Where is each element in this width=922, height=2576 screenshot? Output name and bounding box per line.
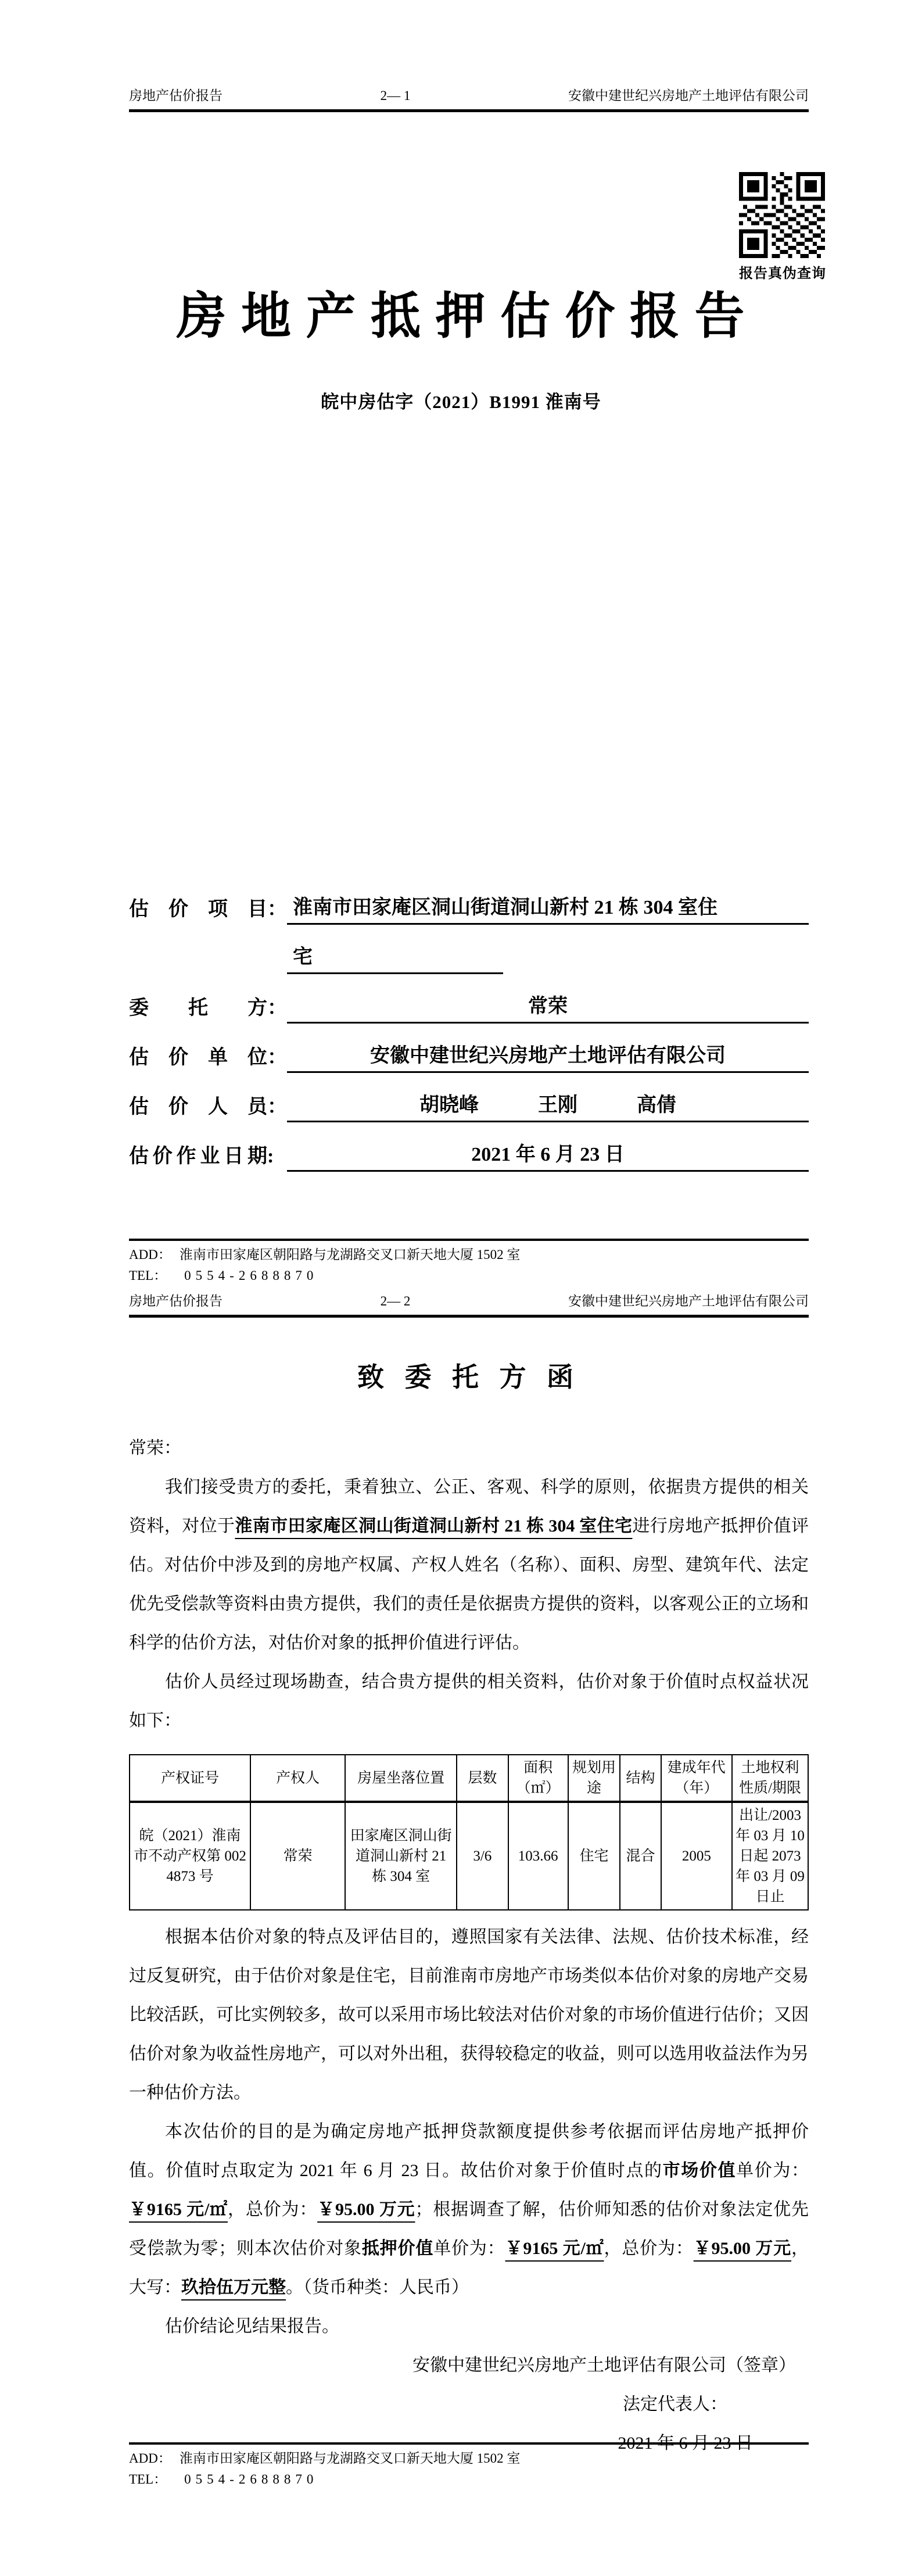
signature-company: 安徽中建世纪兴房地产土地评估有限公司（签章） <box>129 2346 809 2385</box>
letter-paragraph: 估价人员经过现场勘查，结合贵方提供的相关资料，估价对象于价值时点权益状况如下： <box>129 1662 809 1740</box>
table-header-cell: 面积（㎡） <box>508 1755 568 1802</box>
letter-paragraphs-after-table: 根据本估价对象的特点及评估目的，遵照国家有关法律、法规、估价技术标准，经过反复研… <box>129 1917 809 2346</box>
table-header-cell: 土地权利性质/期限 <box>732 1755 808 1802</box>
qr-block: 报告真伪查询 <box>739 172 825 282</box>
table-cell: 住宅 <box>568 1802 620 1910</box>
text-run: 。（货币种类：人民币） <box>286 2278 469 2297</box>
form-field-label: 估价项目 <box>129 895 267 925</box>
table-cell: 3/6 <box>457 1802 508 1910</box>
table-cell: 103.66 <box>508 1802 568 1910</box>
form-field-row: 估价单位：安徽中建世纪兴房地产土地评估有限公司 <box>129 1041 809 1073</box>
footer-address: 淮南市田家庵区朝阳路与龙湖路交叉口新天地大厦 1502 室 <box>180 2451 521 2466</box>
text-run: 估价结论见结果报告。 <box>165 2317 339 2336</box>
letter-paragraph: 根据本估价对象的特点及评估目的，遵照国家有关法律、法规、估价技术标准，经过反复研… <box>129 1917 809 2112</box>
form-field-label: 估价单位 <box>129 1043 267 1073</box>
header-company-name: 安徽中建世纪兴房地产土地评估有限公司 <box>568 87 809 105</box>
form-field-value: 安徽中建世纪兴房地产土地评估有限公司 <box>287 1041 809 1073</box>
form-field-value: 常荣 <box>287 992 809 1024</box>
footer-add-label: ADD： <box>129 1244 171 1265</box>
table-header-cell: 产权人 <box>250 1755 346 1802</box>
table-header-cell: 房屋坐落位置 <box>345 1755 457 1802</box>
report-title: 房 地 产 抵 押 估 价 报 告 <box>0 288 922 344</box>
text-run: 根据本估价对象的特点及评估目的，遵照国家有关法律、法规、估价技术标准，经过反复研… <box>129 1927 809 2102</box>
table-header-cell: 结构 <box>620 1755 661 1802</box>
letter-title: 致 委 托 方 函 <box>129 1361 809 1394</box>
header-company-name: 安徽中建世纪兴房地产土地评估有限公司 <box>568 1293 809 1310</box>
form-field-colon: ： <box>267 1092 287 1122</box>
table-cell: 2005 <box>661 1802 733 1910</box>
form-field-label: 估价作业日期 <box>129 1142 267 1172</box>
letter-paragraph: 我们接受贵方的委托，秉着独立、公正、客观、科学的原则，依据贵方提供的相关资料，对… <box>129 1468 809 1662</box>
footer-phone-line: TEL：0554-2688870 <box>129 1265 809 1286</box>
text-run: 进行房地产抵押价值评估。对估价中涉及到的房地产权属、产权人姓名（名称）、面积、房… <box>129 1516 809 1652</box>
form-field-row: 估价作业日期:2021 年 6 月 23 日 <box>129 1140 809 1172</box>
header-doc-type: 房地产估价报告 <box>129 87 223 105</box>
table-cell: 皖（2021）淮南市不动产权第 0024873 号 <box>130 1802 250 1910</box>
footer-tel-label: TEL： <box>129 2469 167 2490</box>
letter-paragraph: 本次估价的目的是为确定房地产抵押贷款额度提供参考依据而评估房地产抵押价值。价值时… <box>129 2112 809 2307</box>
form-field-label: 估价人员 <box>129 1092 267 1122</box>
form-field-value: 2021 年 6 月 23 日 <box>287 1140 809 1172</box>
signature-legal-representative: 法定代表人： <box>129 2385 809 2424</box>
form-field-row: 估价项目：淮南市田家庵区洞山街道洞山新村 21 栋 304 室住 <box>129 893 809 925</box>
form-field-colon: ： <box>267 895 287 925</box>
table-row: 皖（2021）淮南市不动产权第 0024873 号常荣田家庵区洞山街道洞山新村 … <box>130 1802 808 1910</box>
table-header-cell: 建成年代（年） <box>661 1755 733 1802</box>
form-field-colon: : <box>267 1142 287 1172</box>
page1-footer: ADD：淮南市田家庵区朝阳路与龙湖路交叉口新天地大厦 1502 室 TEL：05… <box>129 1239 809 1286</box>
letter-body: 致 委 托 方 函 常荣： 我们接受贵方的委托，秉着独立、公正、客观、科学的原则… <box>129 1348 809 2463</box>
footer-address-line: ADD：淮南市田家庵区朝阳路与龙湖路交叉口新天地大厦 1502 室 <box>129 1244 809 1265</box>
text-run: ￥9165 元/㎡ <box>505 2239 604 2258</box>
report-document: 房地产估价报告 2— 1 安徽中建世纪兴房地产土地评估有限公司 报告真伪查询 房… <box>0 0 922 2576</box>
header-page-number: 2— 1 <box>381 87 411 105</box>
header-doc-type: 房地产估价报告 <box>129 1293 223 1310</box>
table-cell: 常荣 <box>250 1802 346 1910</box>
header-page-number: 2— 2 <box>381 1293 411 1310</box>
text-run: 抵押价值 <box>362 2239 433 2258</box>
form-field-row: 委托方：常荣 <box>129 992 809 1024</box>
report-number: 皖中房估字（2021）B1991 淮南号 <box>0 387 922 413</box>
footer-phone: 0554-2688870 <box>184 2472 318 2486</box>
footer-tel-label: TEL： <box>129 1265 167 1286</box>
letter-paragraphs-before-table: 我们接受贵方的委托，秉着独立、公正、客观、科学的原则，依据贵方提供的相关资料，对… <box>129 1468 809 1740</box>
footer-address-line: ADD：淮南市田家庵区朝阳路与龙湖路交叉口新天地大厦 1502 室 <box>129 2448 809 2469</box>
form-field-label: 委托方 <box>129 993 267 1024</box>
text-run: 单价为： <box>736 2161 809 2180</box>
footer-rule <box>129 2442 809 2445</box>
form-field-value: 淮南市田家庵区洞山街道洞山新村 21 栋 304 室住 <box>287 893 809 925</box>
qr-code-icon <box>739 172 825 258</box>
form-field-row: 估价人员：胡晓峰 王刚 高倩 <box>129 1090 809 1122</box>
text-run: ￥95.00 万元 <box>317 2200 415 2219</box>
page2-footer: ADD：淮南市田家庵区朝阳路与龙湖路交叉口新天地大厦 1502 室 TEL：05… <box>129 2442 809 2490</box>
cover-form-fields: 估价项目：淮南市田家庵区洞山街道洞山新村 21 栋 304 室住宅委托方：常荣估… <box>129 893 809 1189</box>
table-header-cell: 层数 <box>457 1755 508 1802</box>
table-header-cell: 产权证号 <box>130 1755 250 1802</box>
text-run: ￥9165 元/㎡ <box>129 2200 228 2219</box>
text-run: ￥95.00 万元 <box>694 2239 791 2258</box>
form-field-row: 宅 <box>129 942 809 974</box>
text-run: 单价为： <box>433 2239 505 2258</box>
table-cell: 田家庵区洞山街道洞山新村 21 栋 304 室 <box>345 1802 457 1910</box>
form-field-value: 胡晓峰 王刚 高倩 <box>287 1090 809 1122</box>
table-cell: 出让/2003 年 03 月 10 日起 2073 年 03 月 09 日止 <box>732 1802 808 1910</box>
text-run: 玖拾伍万元整 <box>181 2278 286 2297</box>
letter-paragraph: 估价结论见结果报告。 <box>129 2307 809 2346</box>
table-header-row: 产权证号产权人房屋坐落位置层数面积（㎡）规划用途结构建成年代（年）土地权利性质/… <box>130 1755 808 1802</box>
footer-address: 淮南市田家庵区朝阳路与龙湖路交叉口新天地大厦 1502 室 <box>180 1247 521 1262</box>
footer-phone: 0554-2688870 <box>184 1268 318 1283</box>
page2-header: 房地产估价报告 2— 2 安徽中建世纪兴房地产土地评估有限公司 <box>129 1293 809 1318</box>
footer-rule <box>129 1239 809 1241</box>
table-head: 产权证号产权人房屋坐落位置层数面积（㎡）规划用途结构建成年代（年）土地权利性质/… <box>130 1755 808 1802</box>
footer-add-label: ADD： <box>129 2448 171 2469</box>
page1-header: 房地产估价报告 2— 1 安徽中建世纪兴房地产土地评估有限公司 <box>129 87 809 112</box>
table-body: 皖（2021）淮南市不动产权第 0024873 号常荣田家庵区洞山街道洞山新村 … <box>130 1802 808 1910</box>
form-field-colon: ： <box>267 993 287 1024</box>
letter-salutation: 常荣： <box>129 1429 809 1468</box>
text-run: 淮南市田家庵区洞山街道洞山新村 21 栋 304 室住宅 <box>235 1516 632 1536</box>
table-cell: 混合 <box>620 1802 661 1910</box>
property-rights-table: 产权证号产权人房屋坐落位置层数面积（㎡）规划用途结构建成年代（年）土地权利性质/… <box>129 1754 809 1910</box>
qr-caption: 报告真伪查询 <box>739 262 825 282</box>
footer-phone-line: TEL：0554-2688870 <box>129 2469 809 2490</box>
text-run: ，总价为： <box>228 2200 317 2219</box>
text-run: 市场价值 <box>663 2161 737 2180</box>
text-run: ，总价为： <box>604 2239 694 2258</box>
text-run: 估价人员经过现场勘查，结合贵方提供的相关资料，估价对象于价值时点权益状况如下： <box>129 1672 809 1730</box>
form-field-colon: ： <box>267 1043 287 1073</box>
table-header-cell: 规划用途 <box>568 1755 620 1802</box>
form-field-value: 宅 <box>287 942 503 974</box>
